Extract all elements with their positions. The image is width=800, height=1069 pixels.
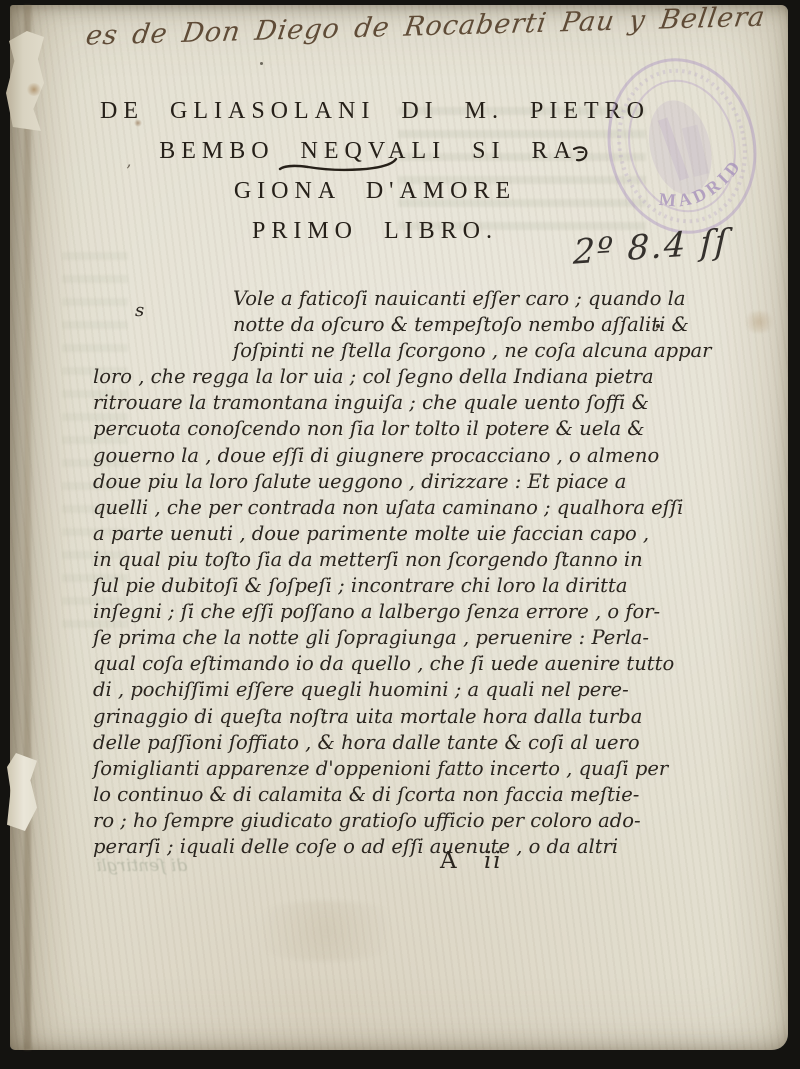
ink-speck — [260, 62, 263, 65]
stray-ink-mark: ’ — [126, 161, 131, 180]
body-line: gouerno la , doue eſſi di giugnere proca… — [93, 443, 665, 469]
body-line: delle paſſioni ſoffiato , & hora dalle t… — [93, 730, 665, 756]
title-line: GIONA D'AMORE — [70, 171, 680, 211]
fox-stain — [236, 901, 416, 961]
body-line: loro , che regga la lor uia ; col ſegno … — [93, 364, 665, 390]
body-line: qual coſa eſtimando io da quello , che ſ… — [93, 651, 665, 677]
page-left-edge-shading — [24, 5, 31, 1050]
body-line: ſul pie dubitoſi & ſoſpeſi ; incontrare … — [93, 573, 665, 599]
body-text: Vole a faticoſi nauicanti eſſer caro ; q… — [93, 286, 665, 860]
body-line: ſe prima che la notte gli ſopragiunga , … — [93, 625, 665, 651]
body-line: percuota conoſcendo non ſia lor tolto il… — [93, 416, 665, 442]
signature-numeral: ii — [484, 848, 503, 874]
body-line: ro ; ho ſempre giudicato gratioſo uffici… — [93, 808, 665, 834]
body-line: ſomiglianti apparenze d'oppenioni fatto … — [93, 756, 665, 782]
title-line: DE GLIASOLANI DI M. PIETRO — [70, 91, 680, 131]
q-tail-swash — [278, 157, 408, 173]
body-line: notte da oſcuro & tempeſtoſo nembo aſſal… — [93, 312, 665, 338]
body-line: ritrouare la tramontana inguiſa ; che qu… — [93, 390, 665, 416]
body-line: in qual piu toſto ſia da metterſi non ſc… — [93, 547, 665, 573]
ownership-inscription: es de Don Diego de Rocaberti Pau y Belle… — [84, 5, 633, 51]
body-line: a parte uenuti , doue parimente molte ui… — [93, 521, 665, 547]
body-line: di , pochiſſimi eſſere quegli huomini ; … — [93, 677, 665, 703]
scanned-book-photo: di ſentirgli es de Don Diego de Rocabert… — [0, 0, 800, 1069]
torn-paper-flap — [6, 31, 44, 131]
body-line: lo continuo & di calamita & di ſcorta no… — [93, 782, 665, 808]
body-line: ſoſpinti ne ſtella ſcorgono , ne coſa al… — [93, 338, 665, 364]
body-line: grinaggio di queſta noſtra uita mortale … — [93, 704, 665, 730]
fox-stain — [742, 311, 776, 333]
body-line: quelli , che per contrada non uſata cami… — [93, 495, 665, 521]
signature-mark: A ii — [440, 848, 580, 874]
book-page: di ſentirgli es de Don Diego de Rocabert… — [10, 5, 788, 1050]
body-line: Vole a faticoſi nauicanti eſſer caro ; q… — [93, 286, 665, 312]
signature-letter: A — [440, 848, 459, 874]
torn-paper-notch — [7, 753, 37, 831]
body-line: doue piu la loro ſalute ueggono , dirizz… — [93, 469, 665, 495]
ra-hyphen-swash — [570, 143, 592, 163]
body-line: inſegni ; ſi che eſſi poſſano a lalbergo… — [93, 599, 665, 625]
